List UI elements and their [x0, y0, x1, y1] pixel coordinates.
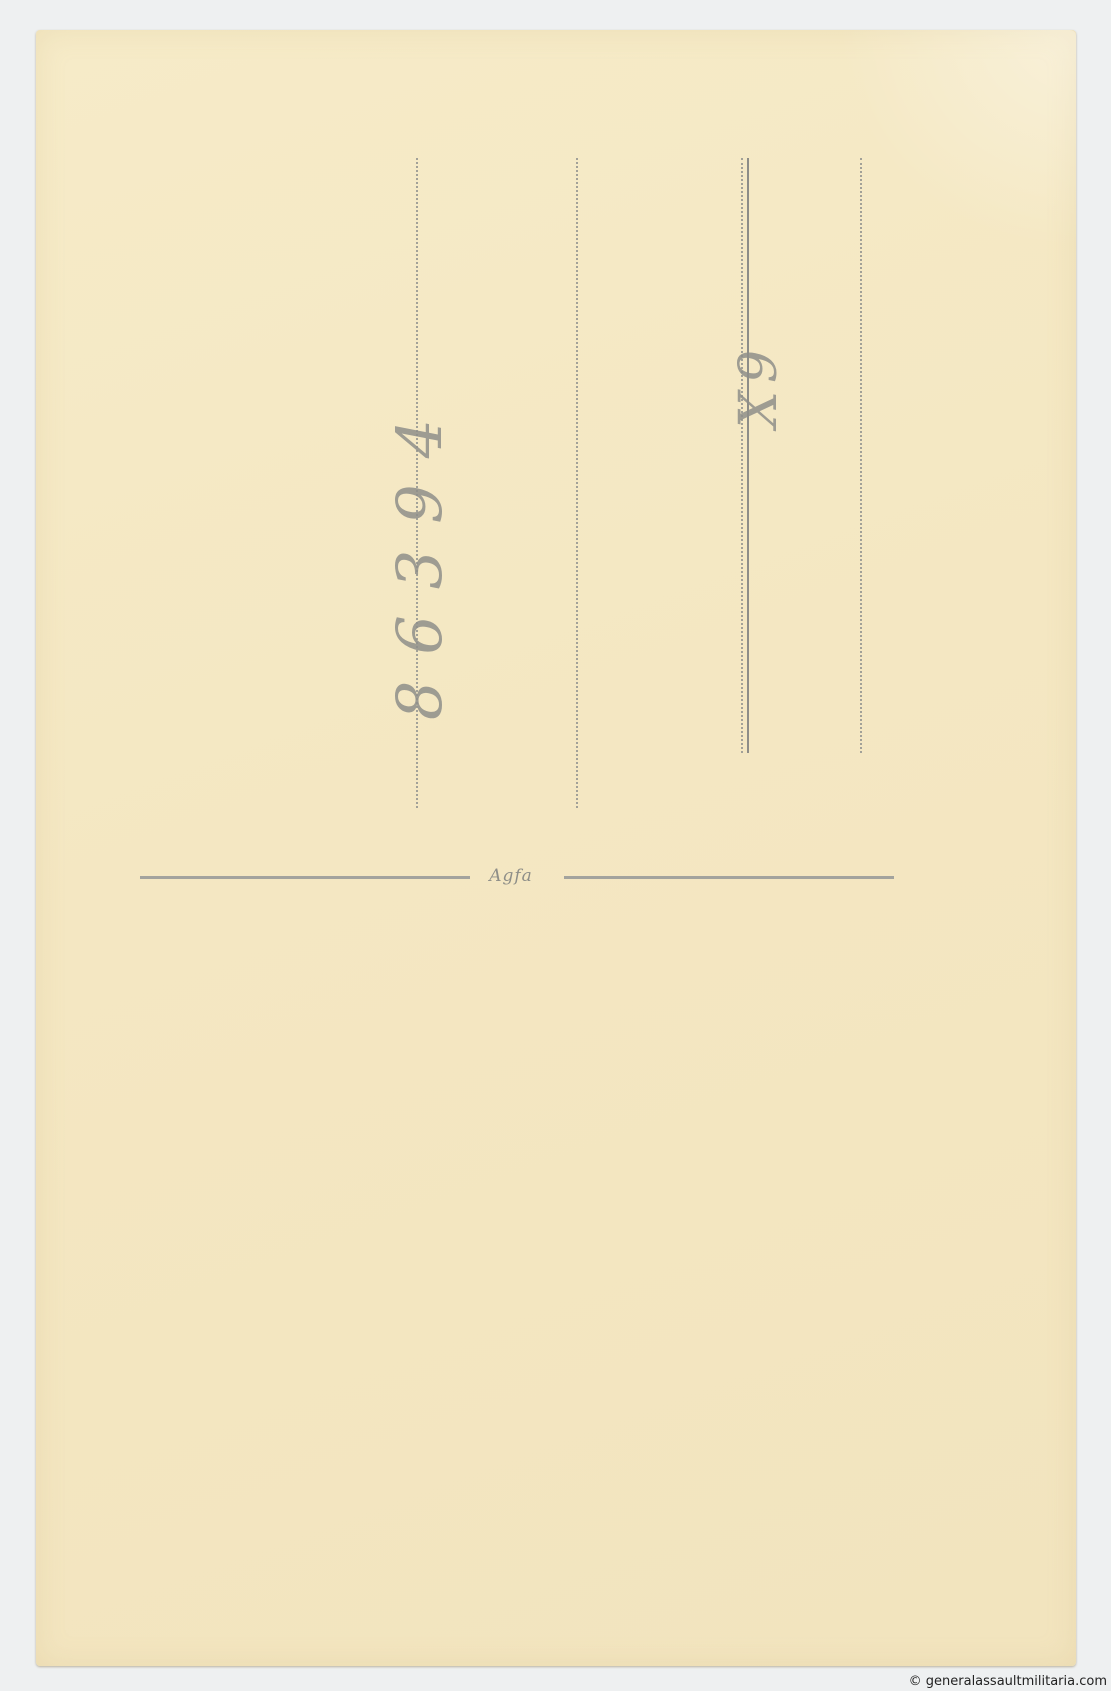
- dashed-line-4: [860, 158, 862, 753]
- dashed-line-2: [576, 158, 578, 808]
- handwritten-mark: X9: [729, 342, 789, 428]
- copyright-watermark: © generalassaultmilitaria.com: [909, 1674, 1107, 1689]
- postcard-back: Agfa 86394 X9: [36, 30, 1076, 1666]
- divider-right: [564, 876, 894, 879]
- handwritten-number: 86394: [383, 393, 456, 720]
- solid-line-3: [747, 158, 749, 753]
- dashed-line-3: [741, 158, 743, 753]
- brand-label: Agfa: [468, 866, 554, 886]
- divider-left: [140, 876, 470, 879]
